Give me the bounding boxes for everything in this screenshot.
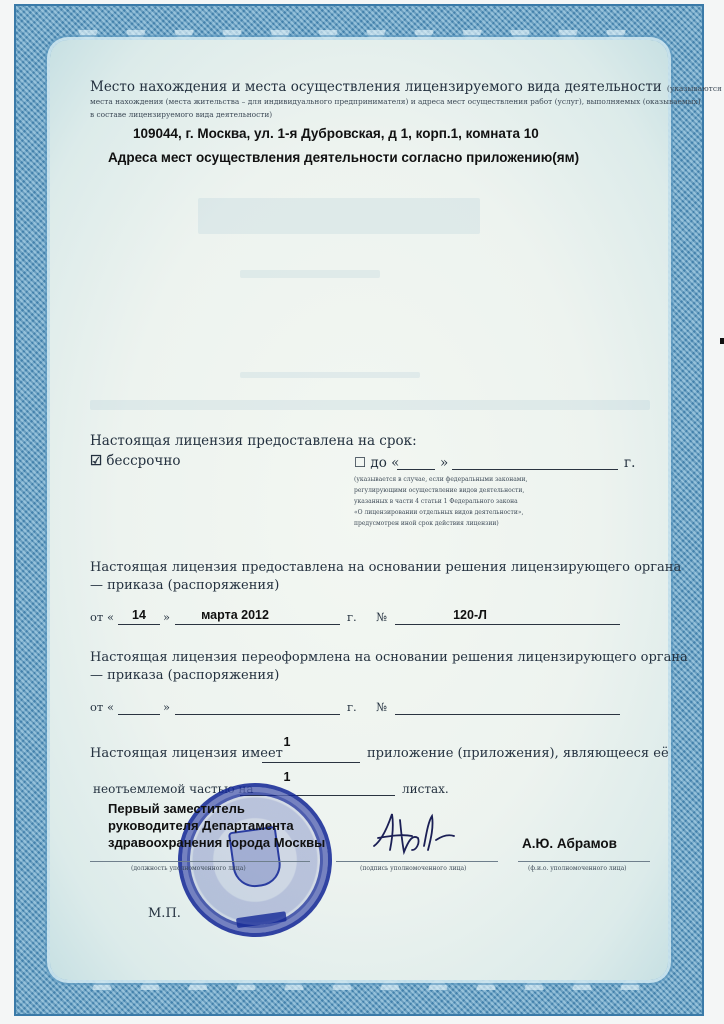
signatory-position-line1: Первый заместитель [108, 801, 245, 816]
addresses-per-appendix: Адреса мест осуществления деятельности с… [108, 150, 579, 165]
reissue-month-year-field[interactable] [175, 714, 340, 715]
signatory-name: А.Ю. Абрамов [522, 836, 617, 851]
bleed-through-line [240, 270, 380, 278]
location-heading: Место нахождения и места осуществления л… [90, 79, 662, 95]
reissue-heading-line2: — приказа (распоряжения) [90, 668, 279, 683]
appendices-line1-suffix: приложение (приложения), являющееся её [367, 746, 669, 761]
reissue-heading-line1: Настоящая лицензия переоформлена на осно… [90, 650, 688, 665]
bleed-through-line [240, 372, 420, 378]
position-caption: (должность уполномоченного лица) [131, 863, 246, 874]
appendices-line2-suffix: листах. [402, 782, 449, 796]
handwritten-signature-icon [368, 806, 458, 861]
basis-day-field[interactable] [118, 624, 160, 625]
term-until-day-field[interactable] [397, 469, 435, 470]
license-address: 109044, г. Москва, ул. 1-я Дубровская, д… [133, 126, 539, 141]
signature-line [336, 861, 498, 862]
signatory-position-line3: здравоохранения города Москвы [108, 835, 325, 850]
term-option-unlimited[interactable]: ☑ бессрочно [90, 453, 180, 469]
term-unlimited-label: бессрочно [106, 453, 180, 469]
reissue-day-field[interactable] [118, 714, 160, 715]
term-note-line: (указывается в случае, если федеральными… [354, 474, 527, 485]
term-until-close-quote: » [440, 455, 448, 471]
location-heading-row: Место нахождения и места осуществления л… [90, 76, 724, 95]
reissue-number-field[interactable] [395, 714, 620, 715]
seal-band [236, 911, 287, 928]
location-note-line3: в составе лицензируемого вида деятельнос… [90, 110, 272, 119]
reissue-close-quote: » [163, 700, 170, 714]
seal-place-label: М.П. [148, 906, 181, 921]
checkbox-empty-icon[interactable]: ☐ [354, 455, 366, 471]
basis-heading-line1: Настоящая лицензия предоставлена на осно… [90, 560, 681, 575]
location-note-inline: (указываются адрес [667, 84, 724, 93]
term-note-line: «О лицензировании отдельных видов деятел… [354, 507, 527, 518]
term-until-date-field[interactable] [452, 469, 618, 470]
basis-year-suffix: г. [347, 610, 357, 624]
reissue-year-suffix: г. [347, 700, 357, 714]
basis-day-value: 14 [118, 608, 160, 622]
basis-number-field[interactable] [395, 624, 620, 625]
reissue-from-label: от « [90, 700, 114, 714]
term-until-note: (указывается в случае, если федеральными… [354, 474, 527, 529]
bleed-through-title [198, 198, 480, 234]
checkbox-checked-icon[interactable]: ☑ [90, 453, 102, 469]
appendices-count-field[interactable] [262, 762, 360, 763]
basis-close-quote: » [163, 610, 170, 624]
term-until-year-suffix: г. [624, 455, 635, 471]
appendices-line1-prefix: Настоящая лицензия имеет [90, 746, 283, 761]
name-line [518, 861, 650, 862]
term-until-label: до « [370, 455, 399, 471]
term-note-line: регулирующими осуществление видов деятел… [354, 485, 527, 496]
appendices-count-value: 1 [262, 735, 312, 749]
name-caption: (ф.и.о. уполномоченного лица) [528, 863, 627, 874]
bleed-through-line [90, 400, 650, 410]
term-heading: Настоящая лицензия предоставлена на срок… [90, 433, 417, 449]
appendices-sheets-value: 1 [262, 770, 312, 784]
basis-heading-line2: — приказа (распоряжения) [90, 578, 279, 593]
reissue-number-label: № [376, 700, 387, 714]
term-note-line: предусмотрен иной срок действия лицензии… [354, 518, 527, 529]
signatory-position-line2: руководителя Департамента [108, 818, 294, 833]
basis-month-year-field[interactable] [175, 624, 340, 625]
basis-from-label: от « [90, 610, 114, 624]
scan-edge-mark [720, 338, 724, 344]
signature-caption: (подпись уполномоченного лица) [360, 863, 466, 874]
basis-month-year-value: марта 2012 [175, 608, 295, 622]
basis-number-value: 120-Л [395, 608, 545, 622]
term-note-line: указанных в части 4 статьи 1 Федеральног… [354, 496, 527, 507]
location-note-line2: места нахождения (места жительства – для… [90, 97, 701, 106]
position-line [90, 861, 310, 862]
basis-number-label: № [376, 610, 387, 624]
term-option-until[interactable]: ☐ до « [354, 455, 399, 471]
